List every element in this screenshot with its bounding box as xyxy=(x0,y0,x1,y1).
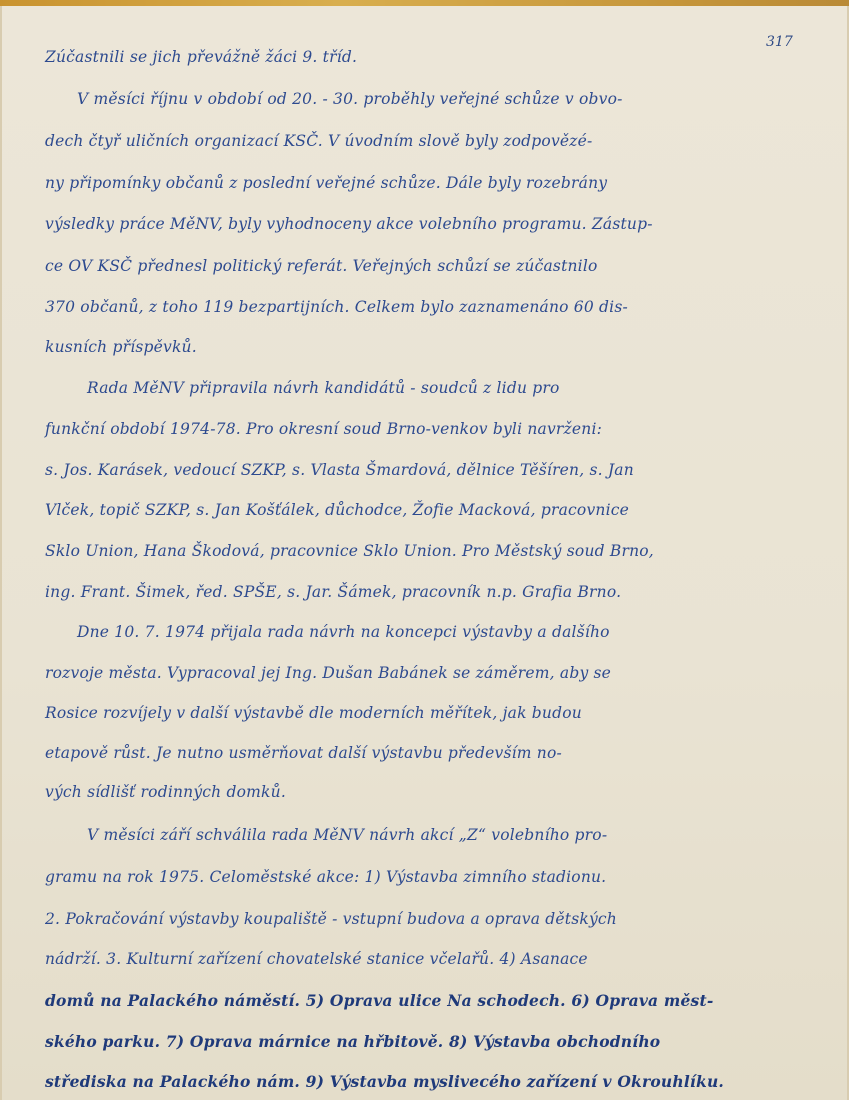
text-line: V měsíci září schválila rada MěNV návrh … xyxy=(87,826,607,844)
text-line: ing. Frant. Šimek, řed. SPŠE, s. Jar. Šá… xyxy=(45,583,621,601)
text-line: 2. Pokračování výstavby koupaliště - vst… xyxy=(45,910,617,928)
text-line: gramu na rok 1975. Celoměstské akce: 1) … xyxy=(45,868,606,886)
text-line: Zúčastnili se jich převážně žáci 9. tříd… xyxy=(45,48,357,66)
text-line: ského parku. 7) Oprava márnice na hřbito… xyxy=(45,1032,660,1051)
text-line: s. Jos. Karásek, vedoucí SZKP, s. Vlasta… xyxy=(45,461,634,479)
text-line: Vlček, topič SZKP, s. Jan Košťálek, důch… xyxy=(45,501,629,519)
text-line: Sklo Union, Hana Škodová, pracovnice Skl… xyxy=(45,542,654,560)
text-line: Rada MěNV připravila návrh kandidátů - s… xyxy=(87,379,560,397)
page-number: 317 xyxy=(766,34,793,50)
text-line: ce OV KSČ přednesl politický referát. Ve… xyxy=(45,257,598,275)
text-line: vých sídlišť rodinných domků. xyxy=(45,783,286,801)
text-line: ny připomínky občanů z poslední veřejné … xyxy=(45,174,607,192)
text-line: funkční období 1974-78. Pro okresní soud… xyxy=(45,420,602,438)
text-line: výsledky práce MěNV, byly vyhodnoceny ak… xyxy=(45,215,653,233)
text-line: V měsíci říjnu v období od 20. - 30. pro… xyxy=(77,90,623,108)
text-line: kusních příspěvků. xyxy=(45,338,197,356)
text-line: rozvoje města. Vypracoval jej Ing. Dušan… xyxy=(45,664,611,682)
text-line: Rosice rozvíjely v další výstavbě dle mo… xyxy=(45,704,582,722)
text-line: Dne 10. 7. 1974 přijala rada návrh na ko… xyxy=(77,623,610,641)
text-line: nádrží. 3. Kulturní zařízení chovatelské… xyxy=(45,950,588,968)
handwritten-page: 317 Zúčastnili se jich převážně žáci 9. … xyxy=(0,6,849,1100)
text-line: 370 občanů, z toho 119 bezpartijních. Ce… xyxy=(45,298,628,316)
text-line: domů na Palackého náměstí. 5) Oprava uli… xyxy=(45,991,713,1010)
text-line: dech čtyř uličních organizací KSČ. V úvo… xyxy=(45,132,592,150)
text-line: etapově růst. Je nutno usměrňovat další … xyxy=(45,744,562,762)
text-line: střediska na Palackého nám. 9) Výstavba … xyxy=(45,1072,724,1091)
